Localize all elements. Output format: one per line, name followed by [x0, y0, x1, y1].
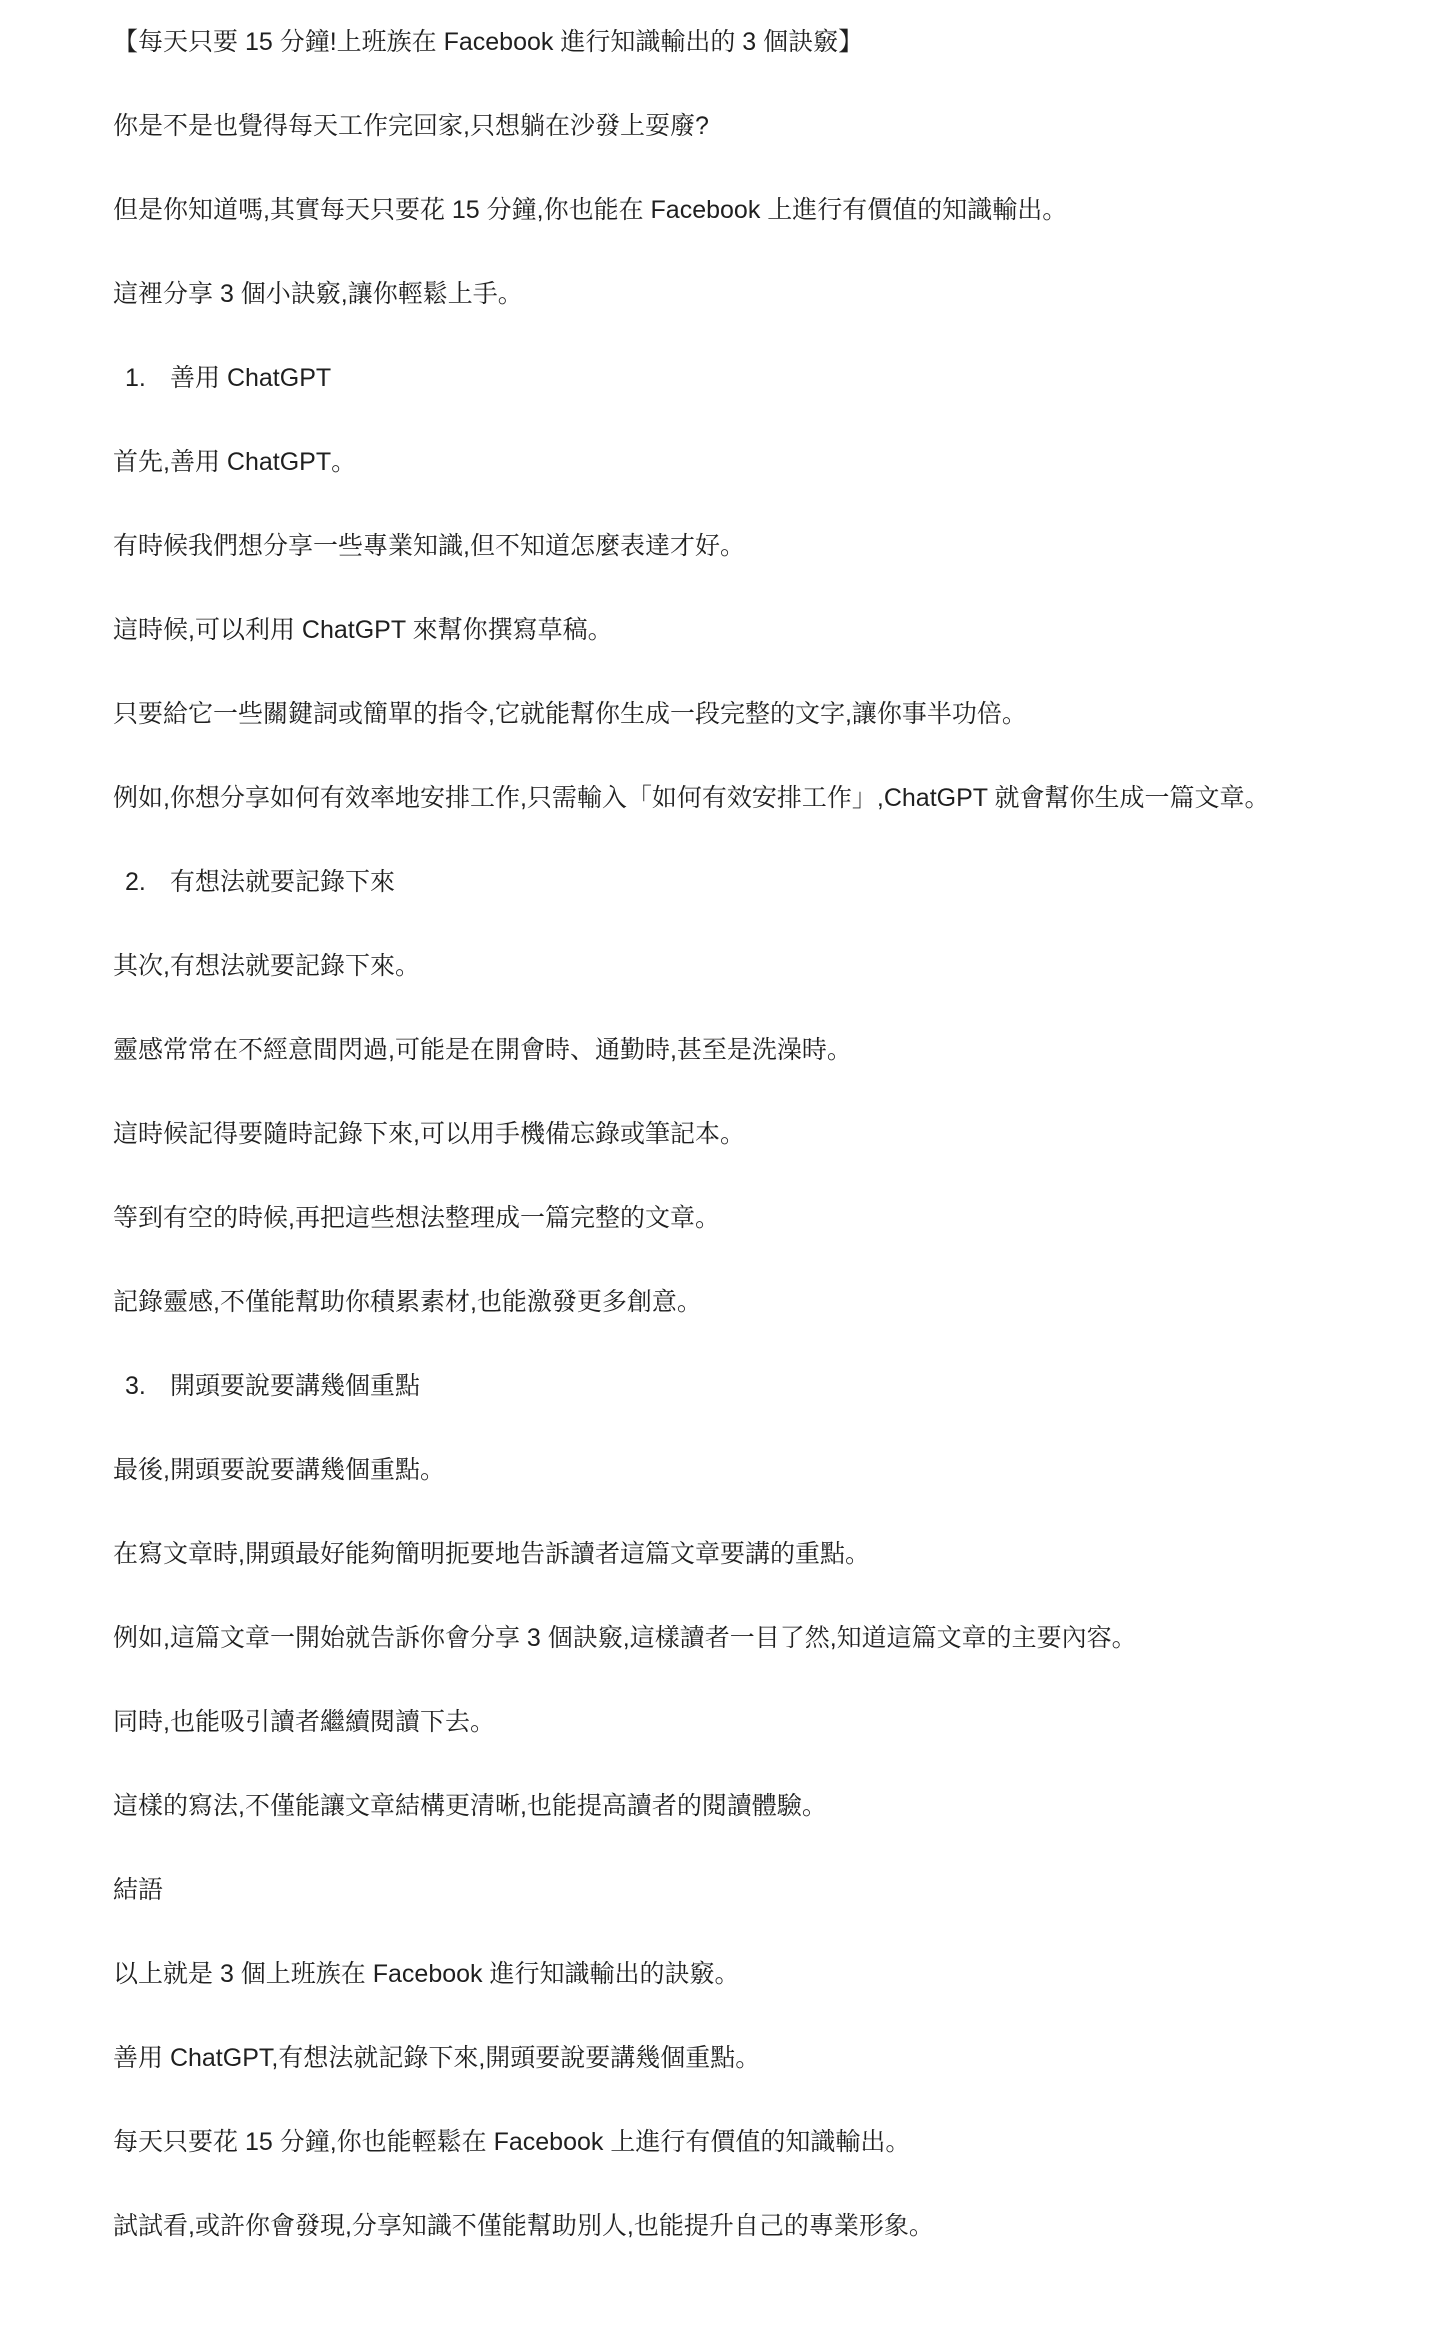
document: 【每天只要 15 分鐘!上班族在 Facebook 進行知識輸出的 3 個訣竅】…: [0, 0, 1456, 2291]
list-item-number: 2.: [125, 857, 170, 907]
list-item-label: 開頭要說要講幾個重點: [170, 1361, 1345, 1411]
document-title: 【每天只要 15 分鐘!上班族在 Facebook 進行知識輸出的 3 個訣竅】: [113, 17, 1345, 67]
document-body: 【每天只要 15 分鐘!上班族在 Facebook 進行知識輸出的 3 個訣竅】…: [113, 17, 1345, 2251]
paragraph: 結語: [113, 1865, 1345, 1915]
paragraph: 這時候,可以利用 ChatGPT 來幫你撰寫草稿。: [113, 605, 1345, 655]
paragraph: 記錄靈感,不僅能幫助你積累素材,也能激發更多創意。: [113, 1277, 1345, 1327]
ordered-list-item: 2.有想法就要記錄下來: [113, 857, 1345, 907]
paragraph: 同時,也能吸引讀者繼續閱讀下去。: [113, 1697, 1345, 1747]
paragraph: 其次,有想法就要記錄下來。: [113, 941, 1345, 991]
paragraph: 這裡分享 3 個小訣竅,讓你輕鬆上手。: [113, 269, 1345, 319]
paragraph: 這時候記得要隨時記錄下來,可以用手機備忘錄或筆記本。: [113, 1109, 1345, 1159]
paragraph: 例如,這篇文章一開始就告訴你會分享 3 個訣竅,這樣讀者一目了然,知道這篇文章的…: [113, 1613, 1345, 1663]
paragraph: 以上就是 3 個上班族在 Facebook 進行知識輸出的訣竅。: [113, 1949, 1345, 1999]
paragraph: 例如,你想分享如何有效率地安排工作,只需輸入「如何有效安排工作」,ChatGPT…: [113, 773, 1345, 823]
paragraph: 在寫文章時,開頭最好能夠簡明扼要地告訴讀者這篇文章要講的重點。: [113, 1529, 1345, 1579]
paragraph: 每天只要花 15 分鐘,你也能輕鬆在 Facebook 上進行有價值的知識輸出。: [113, 2117, 1345, 2167]
list-item-label: 善用 ChatGPT: [170, 353, 1345, 403]
list-item-label: 有想法就要記錄下來: [170, 857, 1345, 907]
paragraph: 等到有空的時候,再把這些想法整理成一篇完整的文章。: [113, 1193, 1345, 1243]
paragraph: 有時候我們想分享一些專業知識,但不知道怎麼表達才好。: [113, 521, 1345, 571]
paragraph: 這樣的寫法,不僅能讓文章結構更清晰,也能提高讀者的閱讀體驗。: [113, 1781, 1345, 1831]
paragraph: 只要給它一些關鍵詞或簡單的指令,它就能幫你生成一段完整的文字,讓你事半功倍。: [113, 689, 1345, 739]
paragraph: 靈感常常在不經意間閃過,可能是在開會時、通勤時,甚至是洗澡時。: [113, 1025, 1345, 1075]
list-item-number: 3.: [125, 1361, 170, 1411]
ordered-list-item: 1.善用 ChatGPT: [113, 353, 1345, 403]
list-item-number: 1.: [125, 353, 170, 403]
paragraph: 試試看,或許你會發現,分享知識不僅能幫助別人,也能提升自己的專業形象。: [113, 2201, 1345, 2251]
paragraph: 首先,善用 ChatGPT。: [113, 437, 1345, 487]
paragraph: 善用 ChatGPT,有想法就記錄下來,開頭要說要講幾個重點。: [113, 2033, 1345, 2083]
paragraph: 但是你知道嗎,其實每天只要花 15 分鐘,你也能在 Facebook 上進行有價…: [113, 185, 1345, 235]
paragraph: 最後,開頭要說要講幾個重點。: [113, 1445, 1345, 1495]
ordered-list-item: 3.開頭要說要講幾個重點: [113, 1361, 1345, 1411]
paragraph: 你是不是也覺得每天工作完回家,只想躺在沙發上耍廢?: [113, 101, 1345, 151]
